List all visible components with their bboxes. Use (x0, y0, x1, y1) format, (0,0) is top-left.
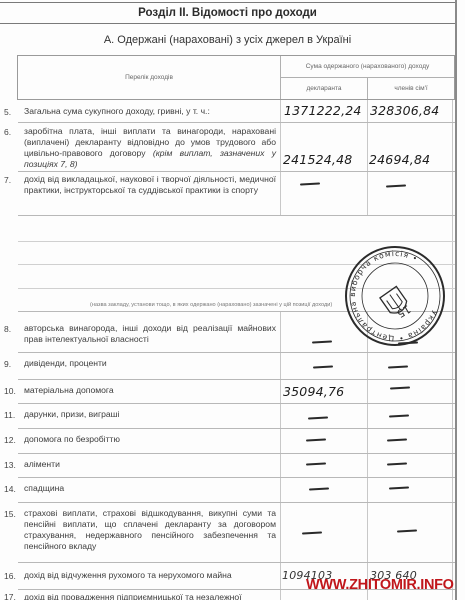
table-row: 9. дивіденди, проценти (0, 352, 455, 377)
empty-dash-family (387, 462, 407, 465)
empty-dash-declarant (306, 438, 326, 441)
empty-dash-family (390, 386, 410, 389)
svg-text:Україна • Центральна виборча к: Україна • Центральна виборча комісія • (343, 244, 447, 348)
declarant-value: 35094,76 (283, 384, 344, 399)
declarant-value: 241524,48 (283, 152, 352, 167)
row-number: 15. (4, 509, 16, 519)
table-row: 13. аліменти (0, 453, 455, 477)
table-header: Перелік доходів Сума одержаного (нарахов… (17, 55, 455, 100)
empty-dash-declarant (309, 487, 329, 490)
row-description: дохід від викладацької, наукової і творч… (24, 174, 276, 196)
row-description: матеріальна допомога (24, 385, 276, 396)
row-description: авторська винагорода, інші доходи від ре… (24, 323, 276, 345)
empty-dash-family (389, 486, 409, 489)
row-number: 10. (4, 386, 16, 396)
row-description: допомога по безробіттю (24, 434, 276, 445)
empty-dash-family (386, 184, 406, 187)
row-description: страхові виплати, страхові відшкодування… (24, 508, 276, 552)
table-row: 5. Загальна сума сукупного доходу, гривн… (0, 100, 455, 122)
row-number: 11. (4, 410, 15, 420)
row-number: 8. (4, 324, 11, 334)
row-description: аліменти (24, 459, 276, 470)
row-description: спадщина (24, 483, 276, 494)
table-row: 15. страхові виплати, страхові відшкодув… (0, 502, 455, 560)
row-description: дохід від провадження підприємницької та… (24, 592, 276, 600)
empty-dash-family (388, 365, 408, 368)
table-row: 11. дарунки, призи, виграші (0, 403, 455, 427)
row-number: 13. (4, 460, 16, 470)
table-row: 6. заробітна плата, інші виплати та вина… (0, 122, 455, 169)
empty-dash-declarant (308, 416, 328, 419)
table-row: 10. матеріальна допомога 35094,76 (0, 379, 455, 403)
row-description: дарунки, призи, виграші (24, 409, 276, 420)
page-right-border (455, 0, 457, 600)
table-row: 14. спадщина (0, 477, 455, 501)
header-sum-label: Сума одержаного (нарахованого) доходу (281, 56, 454, 78)
row-description: заробітна плата, інші виплати та винагор… (24, 126, 276, 170)
section-title: Розділ ІІ. Відомості про доходи (0, 3, 455, 23)
family-value: 328306,84 (370, 103, 439, 118)
row-number: 7. (4, 175, 11, 185)
declarant-value: 1371222,24 (284, 103, 362, 118)
row-number: 14. (4, 484, 16, 494)
table-row: 12. допомога по безробіттю (0, 428, 455, 452)
watermark: WWW.ZHITOMIR.INFO (306, 577, 454, 593)
institution-caption: (назва закладу, установи тощо, в яких од… (90, 302, 332, 308)
row-number: 16. (4, 571, 16, 581)
empty-dash-declarant (312, 340, 332, 343)
empty-dash-family (397, 529, 417, 532)
header-list-label: Перелік доходів (18, 56, 281, 99)
row-description: Загальна сума сукупного доходу, гривні, … (24, 106, 276, 117)
empty-dash-family (387, 438, 407, 441)
row-description: дивіденди, проценти (24, 358, 276, 369)
row-number: 17. (4, 592, 16, 600)
row-number: 12. (4, 435, 16, 445)
blank-line (20, 241, 452, 242)
empty-dash-declarant (302, 531, 322, 534)
header-declarant-label: декларанта (281, 78, 368, 99)
table-row: 7. дохід від викладацької, наукової і тв… (0, 171, 455, 215)
header-family-label: членів сім'ї (368, 78, 454, 99)
empty-dash-declarant (313, 365, 333, 368)
empty-dash-family (389, 414, 409, 417)
empty-dash-declarant (306, 462, 326, 465)
row-number: 9. (4, 359, 11, 369)
official-stamp-icon: Україна • Центральна виборча комісія • 1… (343, 244, 447, 348)
row-number: 6. (4, 127, 11, 137)
empty-dash-declarant (300, 182, 320, 185)
family-value: 24694,84 (369, 152, 430, 167)
subsection-title: А. Одержані (нараховані) з усіх джерел в… (0, 32, 455, 48)
divider (0, 23, 455, 24)
row-description: дохід від відчуження рухомого та нерухом… (24, 570, 276, 581)
row-number: 5. (4, 107, 11, 117)
